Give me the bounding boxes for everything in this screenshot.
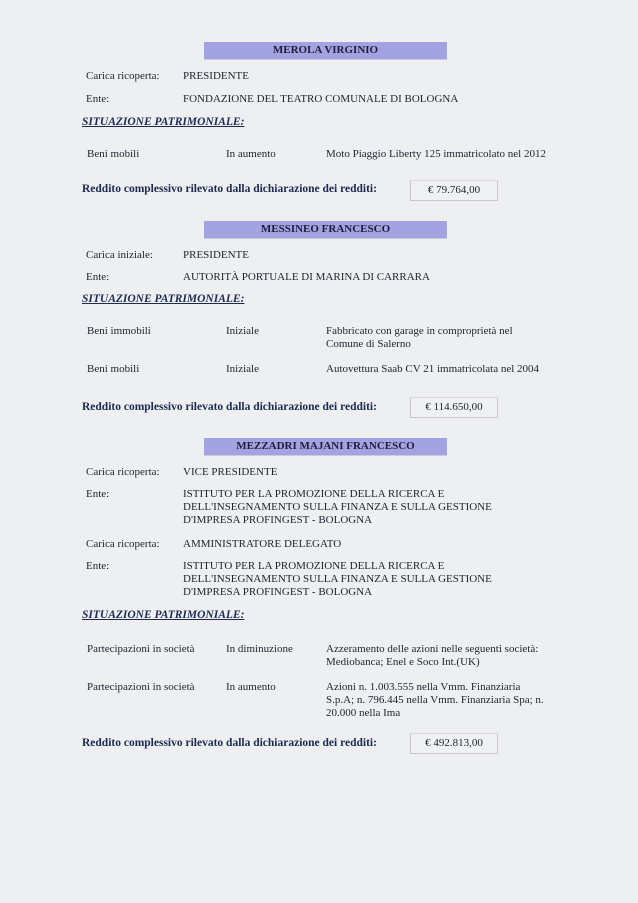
income-label: Reddito complessivo rilevato dalla dichi… (82, 737, 377, 749)
ente-line: D'IMPRESA PROFINGEST - BOLOGNA (183, 586, 563, 599)
role-label: Carica ricoperta: (86, 466, 160, 479)
ente-line: DELL'INSEGNAMENTO SULLA FINANZA E SULLA … (183, 501, 563, 514)
asset-description: Azioni n. 1.003.555 nella Vmm. Finanziar… (326, 681, 576, 720)
asset-description-line: Mediobanca; Enel e Soco Int.(UK) (326, 656, 576, 669)
role-label: Carica ricoperta: (86, 70, 160, 83)
role-value: PRESIDENTE (183, 249, 563, 262)
asset-category: Beni mobili (87, 363, 139, 376)
asset-description-line: S.p.A; n. 796.445 nella Vmm. Finanziaria… (326, 694, 576, 707)
person-name-header: MEZZADRI MAJANI FRANCESCO (204, 438, 447, 456)
asset-category: Partecipazioni in società (87, 681, 195, 694)
asset-status: Iniziale (226, 363, 259, 376)
asset-category: Beni immobili (87, 325, 151, 338)
person-name-header: MEROLA VIRGINIO (204, 42, 447, 60)
income-label: Reddito complessivo rilevato dalla dichi… (82, 183, 377, 195)
asset-description-line: Azzeramento delle azioni nelle seguenti … (326, 643, 576, 656)
ente-label: Ente: (86, 93, 109, 106)
ente-value: ISTITUTO PER LA PROMOZIONE DELLA RICERCA… (183, 488, 563, 527)
document-page: MEROLA VIRGINIO Carica ricoperta: PRESID… (0, 0, 638, 903)
ente-label: Ente: (86, 271, 109, 284)
asset-status: Iniziale (226, 325, 259, 338)
asset-description-line: Azioni n. 1.003.555 nella Vmm. Finanziar… (326, 681, 576, 694)
asset-description-line: Comune di Salerno (326, 338, 576, 351)
section-heading: SITUAZIONE PATRIMONIALE: (82, 609, 244, 621)
ente-line: D'IMPRESA PROFINGEST - BOLOGNA (183, 514, 563, 527)
asset-description: Fabbricato con garage in comproprietà ne… (326, 325, 576, 351)
asset-description: Autovettura Saab CV 21 immatricolata nel… (326, 363, 576, 376)
role-value: PRESIDENTE (183, 70, 563, 83)
asset-category: Partecipazioni in società (87, 643, 195, 656)
ente-value: AUTORITÀ PORTUALE DI MARINA DI CARRARA (183, 271, 563, 284)
income-value: € 79.764,00 (410, 180, 498, 201)
section-heading: SITUAZIONE PATRIMONIALE: (82, 116, 244, 128)
section-heading: SITUAZIONE PATRIMONIALE: (82, 293, 244, 305)
ente-value: FONDAZIONE DEL TEATRO COMUNALE DI BOLOGN… (183, 93, 563, 106)
income-value: € 114.650,00 (410, 397, 498, 418)
asset-description: Moto Piaggio Liberty 125 immatricolato n… (326, 148, 576, 161)
ente-line: ISTITUTO PER LA PROMOZIONE DELLA RICERCA… (183, 488, 563, 501)
ente-label: Ente: (86, 488, 109, 501)
ente-value: ISTITUTO PER LA PROMOZIONE DELLA RICERCA… (183, 560, 563, 599)
role-label: Carica ricoperta: (86, 538, 160, 551)
asset-status: In aumento (226, 681, 276, 694)
role-value: VICE PRESIDENTE (183, 466, 563, 479)
ente-label: Ente: (86, 560, 109, 573)
income-value: € 492.813,00 (410, 733, 498, 754)
role-label: Carica iniziale: (86, 249, 153, 262)
asset-status: In diminuzione (226, 643, 293, 656)
role-value: AMMINISTRATORE DELEGATO (183, 538, 563, 551)
asset-description-line: Fabbricato con garage in comproprietà ne… (326, 325, 576, 338)
asset-description: Azzeramento delle azioni nelle seguenti … (326, 643, 576, 669)
asset-status: In aumento (226, 148, 276, 161)
ente-line: ISTITUTO PER LA PROMOZIONE DELLA RICERCA… (183, 560, 563, 573)
asset-description-line: 20.000 nella Ima (326, 707, 576, 720)
income-label: Reddito complessivo rilevato dalla dichi… (82, 401, 377, 413)
asset-category: Beni mobili (87, 148, 139, 161)
ente-line: DELL'INSEGNAMENTO SULLA FINANZA E SULLA … (183, 573, 563, 586)
person-name-header: MESSINEO FRANCESCO (204, 221, 447, 239)
